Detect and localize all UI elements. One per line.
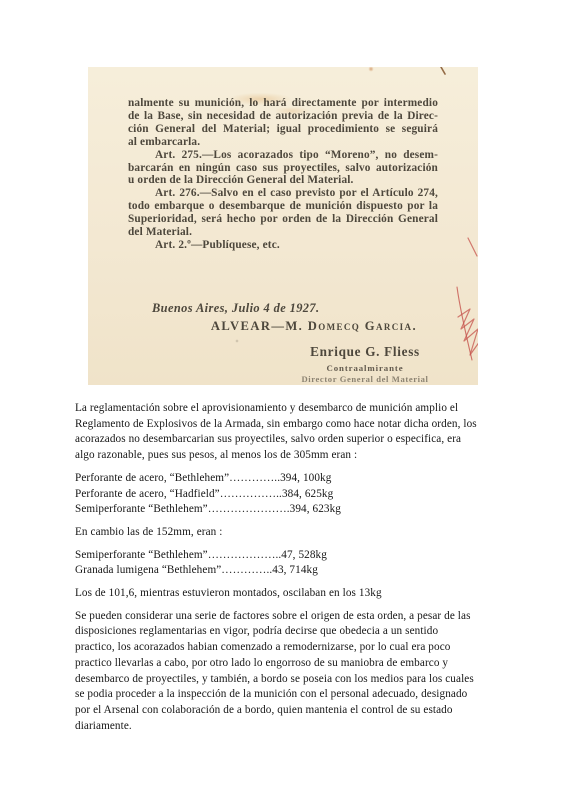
shell-weight-row: Granada lumigena “Bethlehem”…………..43, 71… — [75, 563, 535, 579]
commentary-line: diariamente. — [75, 719, 535, 735]
commentary-line: Los de 101,6, mientras estuvieron montad… — [75, 586, 535, 602]
signer-rank: Contraalmirante — [285, 363, 445, 373]
commentary-line: practico, los acorazados habian comenzad… — [75, 640, 535, 656]
decree-text-line: ción General del Material; igual procedi… — [128, 123, 438, 136]
note-152mm: En cambio las de 152mm, eran : — [75, 525, 535, 541]
shell-weight-row: Semiperforante “Bethlehem”………………..47, 52… — [75, 548, 535, 564]
commentary-line: La reglamentación sobre el aprovisionami… — [75, 401, 535, 417]
paragraph-closing: Se pueden considerar una serie de factor… — [75, 609, 535, 735]
shell-weight-row: Perforante de acero, “Hadfield”……………..38… — [75, 487, 535, 503]
decree-text-line: al embarcarla. — [128, 136, 438, 149]
scanned-decree-image: nalmente su munición, lo hará directamen… — [88, 67, 478, 385]
commentary-line: acorazados no desembarcarian sus proyect… — [75, 432, 535, 448]
decree-text-line: de la Base, sin necesidad de autorizació… — [128, 110, 438, 123]
commentary-line: practico llevarlas a cabo, por otro lado… — [75, 656, 535, 672]
decree-text-line: u orden de la Dirección General del Mate… — [128, 174, 438, 187]
decree-text-line: todo embarque o desembarque de munición … — [128, 200, 438, 213]
decree-text-line: nalmente su munición, lo hará directamen… — [128, 97, 438, 110]
commentary-line: por el Arsenal con colaboración de a bor… — [75, 703, 535, 719]
document-page: nalmente su munición, lo hará directamen… — [0, 0, 566, 800]
red-dash — [468, 238, 477, 256]
red-line — [457, 287, 472, 360]
paragraph-intro: La reglamentación sobre el aprovisionami… — [75, 401, 535, 464]
commentary-line: algo razonable, pues sus pesos, al menos… — [75, 448, 535, 464]
shell-weight-list-305mm: Perforante de acero, “Bethlehem”…………..39… — [75, 471, 535, 518]
note-101mm: Los de 101,6, mientras estuvieron montad… — [75, 586, 535, 602]
commentary-line: disposiciones reglamentarias en vigor, p… — [75, 624, 535, 640]
decree-signer-block: Enrique G. Fliess Contraalmirante Direct… — [285, 344, 445, 384]
commentary-line: Se pueden considerar una serie de factor… — [75, 609, 535, 625]
decree-text-line: Art. 275.—Los acorazados tipo “Moreno”, … — [128, 149, 438, 162]
decree-text-line: Superioridad, será hecho por orden de la… — [128, 213, 438, 226]
decree-text-line: Art. 276.—Salvo en el caso previsto por … — [128, 187, 438, 200]
shell-weight-row: Semiperforante “Bethlehem”………………….394, 6… — [75, 502, 535, 518]
commentary-line: desembarco de proyectiles, y también, a … — [75, 672, 535, 688]
decree-text-line: barcarán en ningún caso sus proyectiles,… — [128, 162, 438, 175]
decree-text-line: Art. 2.º—Publíquese, etc. — [128, 239, 438, 252]
commentary-line: En cambio las de 152mm, eran : — [75, 525, 535, 541]
decree-body-text: nalmente su munición, lo hará directamen… — [128, 97, 438, 252]
commentary-line: Reglamento de Explosivos de la Armada, s… — [75, 417, 535, 433]
decree-dateline: Buenos Aires, Julio 4 de 1927. — [152, 301, 319, 316]
red-scribble — [458, 309, 478, 355]
signer-title: Director General del Material — [285, 374, 445, 384]
commentary-line: se podia proceder a la inspección de la … — [75, 687, 535, 703]
shell-weight-row: Perforante de acero, “Bethlehem”…………..39… — [75, 471, 535, 487]
signer-name: Enrique G. Fliess — [285, 344, 445, 360]
commentary-text: La reglamentación sobre el aprovisionami… — [75, 401, 535, 741]
shell-weight-list-152mm: Semiperforante “Bethlehem”………………..47, 52… — [75, 548, 535, 579]
decree-text-line: del Material. — [128, 226, 438, 239]
decree-signature-line: ALVEAR—M. Domecq Garcia. — [128, 319, 438, 334]
brown-speck — [441, 67, 445, 74]
